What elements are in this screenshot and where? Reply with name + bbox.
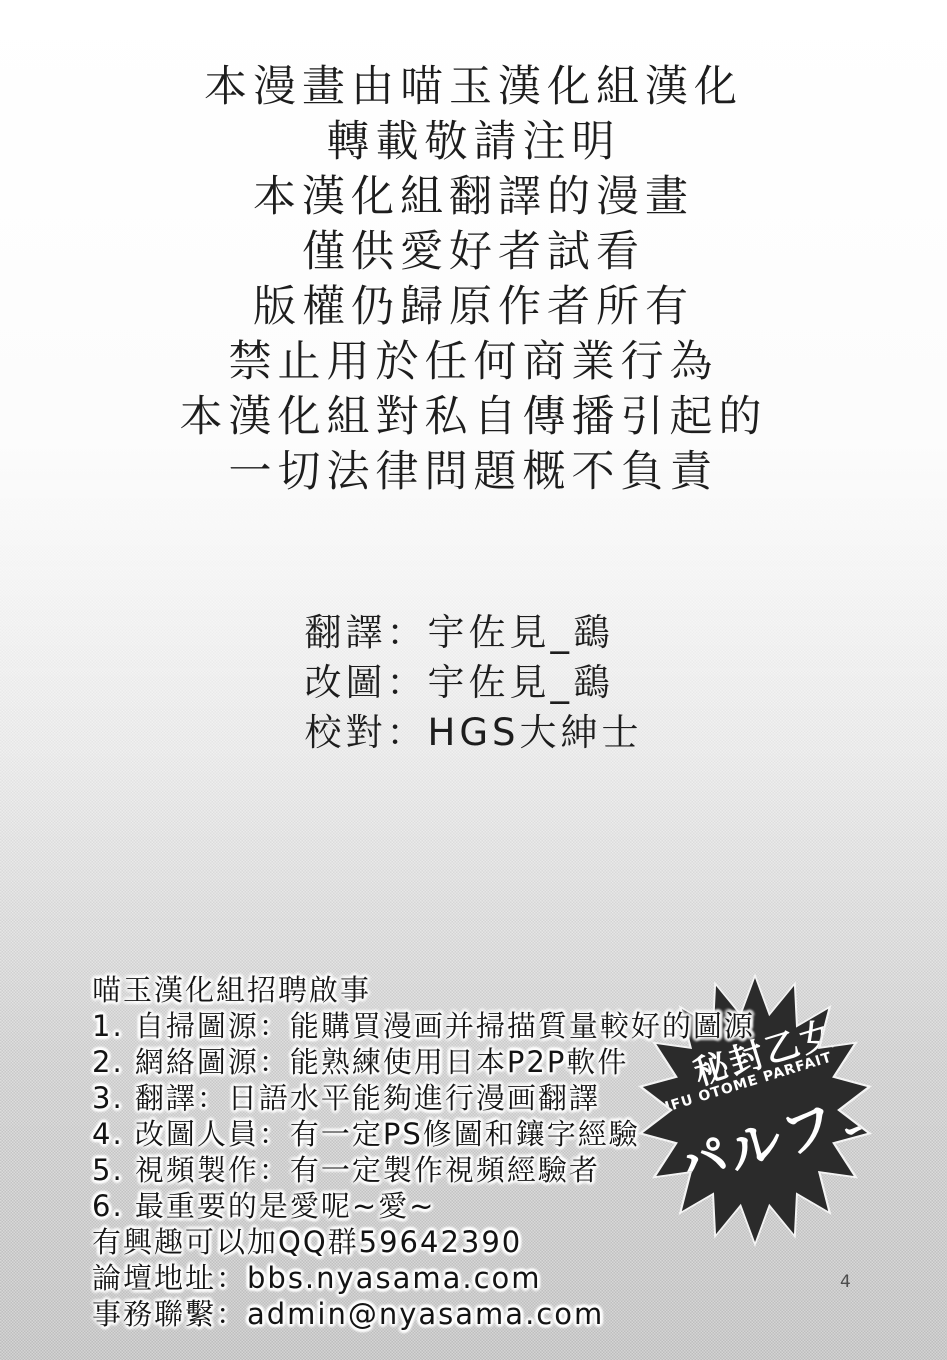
credit-proofreader: 校對：HGS大紳士 — [305, 708, 643, 758]
recruitment-block: 喵玉漢化組招聘啟事 1. 自掃圖源：能購買漫画并掃描質量較好的圖源 2. 網絡圖… — [92, 972, 755, 1332]
disclaimer-block: 本漫畫由喵玉漢化組漢化 轉載敬請注明 本漢化組翻譯的漫畫 僅供愛好者試看 版權仍… — [0, 60, 947, 500]
recruitment-item: 6. 最重要的是愛呢~愛~ — [92, 1188, 755, 1224]
recruitment-item: 3. 翻譯：日語水平能夠進行漫画翻譯 — [92, 1080, 755, 1116]
recruitment-contact-email: 事務聯繫：admin@nyasama.com — [92, 1296, 755, 1332]
recruitment-contact-forum: 論壇地址：bbs.nyasama.com — [92, 1260, 755, 1296]
scanlation-credits-page: 本漫畫由喵玉漢化組漢化 轉載敬請注明 本漢化組翻譯的漫畫 僅供愛好者試看 版權仍… — [0, 0, 947, 1360]
recruitment-title: 喵玉漢化組招聘啟事 — [92, 972, 755, 1008]
recruitment-item: 1. 自掃圖源：能購買漫画并掃描質量較好的圖源 — [92, 1008, 755, 1044]
disclaimer-line: 本漢化組翻譯的漫畫 — [0, 170, 947, 225]
disclaimer-line: 僅供愛好者試看 — [0, 225, 947, 280]
credits-block: 翻譯：宇佐見_鷂 改圖：宇佐見_鷂 校對：HGS大紳士 — [0, 608, 947, 758]
recruitment-item: 4. 改圖人員：有一定PS修圖和鑲字經驗 — [92, 1116, 755, 1152]
disclaimer-line: 轉載敬請注明 — [0, 115, 947, 170]
disclaimer-line: 版權仍歸原作者所有 — [0, 280, 947, 335]
disclaimer-line: 本漫畫由喵玉漢化組漢化 — [0, 60, 947, 115]
recruitment-item: 2. 網絡圖源：能熟練使用日本P2P軟件 — [92, 1044, 755, 1080]
recruitment-item: 5. 視頻製作：有一定製作視頻經驗者 — [92, 1152, 755, 1188]
page-number: 4 — [840, 1272, 851, 1292]
credit-translator: 翻譯：宇佐見_鷂 — [305, 608, 643, 658]
disclaimer-line: 禁止用於任何商業行為 — [0, 335, 947, 390]
disclaimer-line: 一切法律問題概不負責 — [0, 445, 947, 500]
recruitment-contact-qq: 有興趣可以加QQ群59642390 — [92, 1224, 755, 1260]
credits-list: 翻譯：宇佐見_鷂 改圖：宇佐見_鷂 校對：HGS大紳士 — [305, 608, 643, 758]
credit-editor: 改圖：宇佐見_鷂 — [305, 658, 643, 708]
disclaimer-line: 本漢化組對私自傳播引起的 — [0, 390, 947, 445]
